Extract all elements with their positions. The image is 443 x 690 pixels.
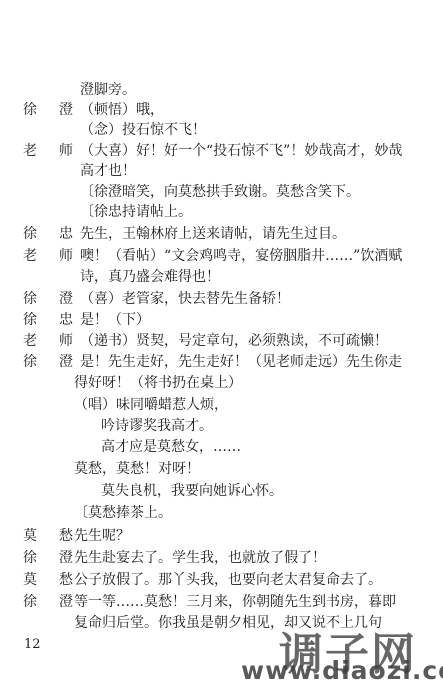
line-text: 高才也！ [80, 161, 136, 181]
speaker-char: 老 [22, 246, 38, 266]
line-text: 〔徐忠持请帖上。 [80, 202, 192, 222]
speaker-char: 师 [58, 246, 74, 266]
speaker-char: 徐 [22, 289, 38, 309]
line-text: 是！（下） [80, 310, 150, 330]
speaker-name: 徐忠 [22, 310, 74, 330]
speaker-name: 老师 [22, 331, 74, 351]
line-text: 等一等……莫愁！三月来，你朝随先生到书房，暮即 [74, 592, 396, 612]
line-text: 莫失良机，我要向她诉心怀。 [101, 481, 283, 501]
line-text: 噢！（看帖）“文会鸡鸣寺，宴傍胭脂井……”饮酒赋 [80, 246, 402, 266]
speaker-char: 愁 [58, 570, 74, 590]
document-page: 澄脚旁。徐澄（顿悟）哦，（念）投石惊不飞！老师（大喜）好！好一个“投石惊不飞”！… [0, 0, 443, 690]
speaker-name: 徐澄 [22, 592, 74, 612]
line-text: （顿悟）哦， [80, 100, 164, 120]
line-text: 公子放假了。那丫头我，也要向老太君复命去了。 [74, 570, 382, 590]
line-text: 得好呀！（将书扔在桌上） [74, 373, 242, 393]
speaker-char: 徐 [22, 224, 38, 244]
speaker-char: 徐 [22, 592, 38, 612]
speaker-char: 徐 [22, 352, 38, 372]
line-text: 〔莫愁捧茶上。 [74, 503, 172, 523]
line-text: 先生赴宴去了。学生我，也就放了假了！ [74, 548, 326, 568]
speaker-char: 忠 [58, 224, 74, 244]
speaker-char: 莫 [22, 570, 38, 590]
speaker-char: 莫 [22, 526, 38, 546]
page-number: 12 [24, 637, 41, 652]
speaker-name: 老师 [22, 246, 74, 266]
speaker-char: 澄 [58, 289, 74, 309]
speaker-char: 愁 [58, 526, 74, 546]
line-text: 先生呢？ [74, 526, 130, 546]
speaker-name: 徐澄 [22, 100, 74, 120]
line-text: 高才应是莫愁女，…… [101, 437, 241, 457]
line-text: （念）投石惊不飞！ [80, 120, 206, 140]
line-text: 莫愁，莫愁！对呀！ [74, 459, 200, 479]
speaker-name: 徐澄 [22, 352, 74, 372]
speaker-char: 澄 [58, 592, 74, 612]
line-text: 诗，真乃盛会难得也！ [80, 267, 220, 287]
speaker-char: 徐 [22, 100, 38, 120]
line-text: （喜）老管家，快去替先生备轿！ [80, 289, 290, 309]
speaker-name: 老师 [22, 141, 74, 161]
line-text: 是！先生走好，先生走好！（见老师走远）先生你走 [80, 352, 402, 372]
speaker-name: 莫愁 [22, 526, 74, 546]
speaker-name: 徐忠 [22, 224, 74, 244]
speaker-char: 澄 [58, 352, 74, 372]
line-text: 吟诗谬奖我高才。 [101, 416, 213, 436]
line-text: 澄脚旁。 [80, 80, 136, 100]
speaker-char: 师 [58, 331, 74, 351]
line-text: （唱）味同嚼蜡惹人烦， [74, 395, 228, 415]
speaker-char: 澄 [58, 548, 74, 568]
line-text: 先生，王翰林府上送来请帖，请先生过目。 [80, 224, 346, 244]
speaker-char: 徐 [22, 310, 38, 330]
speaker-name: 莫愁 [22, 570, 74, 590]
speaker-char: 老 [22, 141, 38, 161]
speaker-char: 澄 [58, 100, 74, 120]
line-text: （递书）贤契，号定章句，必须熟读，不可疏懒！ [80, 331, 388, 351]
speaker-char: 师 [58, 141, 74, 161]
watermark-url: www.diaozi.com [241, 656, 443, 685]
speaker-char: 徐 [22, 548, 38, 568]
speaker-char: 忠 [58, 310, 74, 330]
speaker-name: 徐澄 [22, 548, 74, 568]
line-text: 〔徐澄暗笑，向莫愁拱手致谢。莫愁含笑下。 [80, 182, 360, 202]
speaker-name: 徐澄 [22, 289, 74, 309]
line-text: （大喜）好！好一个“投石惊不飞”！妙哉高才，妙哉 [80, 141, 402, 161]
speaker-char: 老 [22, 331, 38, 351]
